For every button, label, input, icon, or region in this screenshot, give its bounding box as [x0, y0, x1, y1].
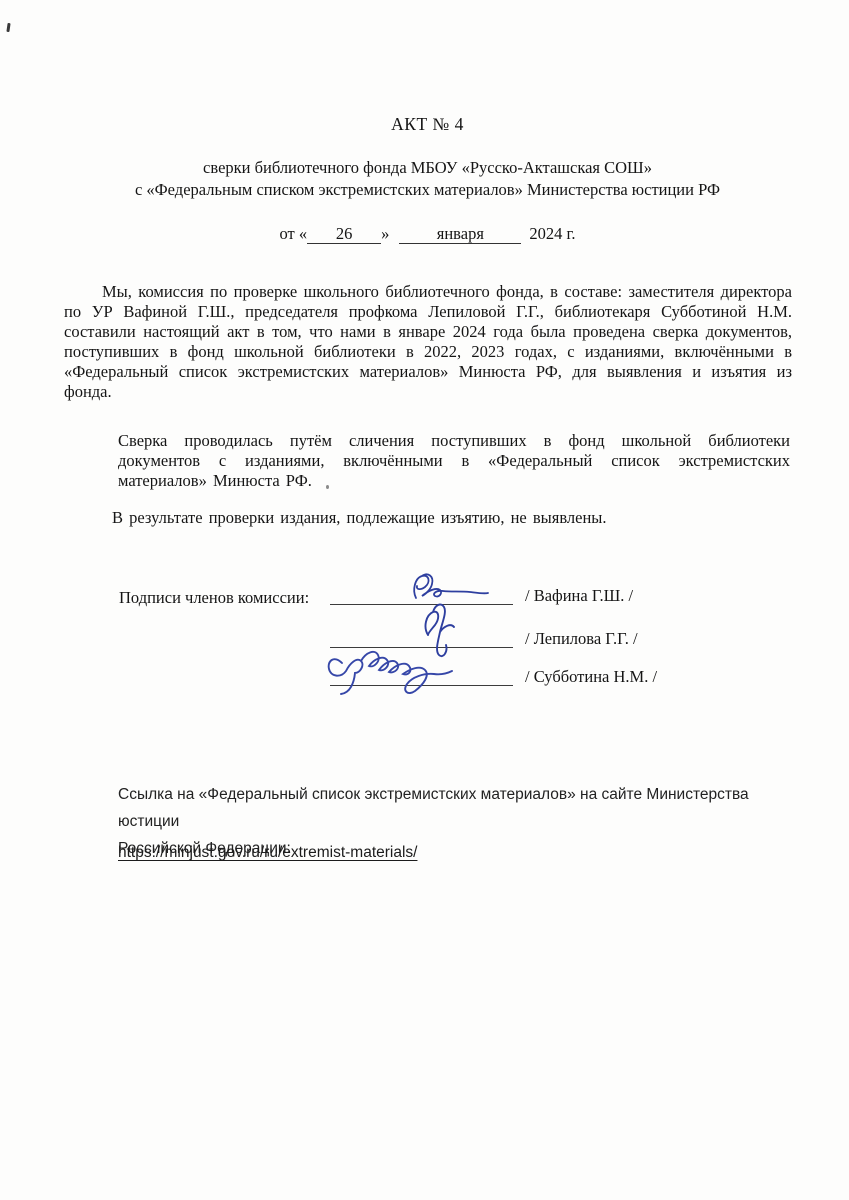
handwritten-signature-vafina-icon: [408, 570, 498, 606]
signature-row-subbotina: / Субботина Н.М. /: [330, 667, 657, 686]
date-month-blank: января: [399, 224, 521, 244]
body-paragraph-commission: Мы, комиссия по проверке школьного библи…: [64, 282, 792, 401]
date-year: 2024 г.: [529, 224, 575, 243]
scanned-document-page: АКТ № 4 сверки библиотечного фонда МБОУ …: [0, 0, 849, 1200]
document-date-line: от «26»января2024 г.: [64, 224, 791, 244]
body-paragraph-result: В результате проверки издания, подлежащи…: [112, 508, 792, 528]
date-day-blank: 26: [307, 224, 381, 244]
scan-artifact-speck: [6, 23, 10, 32]
signature-row-lepilova: / Лепилова Г.Г. /: [330, 629, 638, 648]
date-close-quote: »: [381, 224, 389, 243]
date-prefix: от «: [279, 224, 307, 243]
handwritten-signature-subbotina-icon: [324, 643, 484, 711]
signatory-name: / Субботина Н.М. /: [525, 668, 657, 686]
signature-line: [330, 629, 513, 648]
signature-row-vafina: / Вафина Г.Ш. /: [330, 586, 633, 605]
signatory-name: / Лепилова Г.Г. /: [525, 630, 638, 648]
document-title: АКТ № 4: [64, 114, 791, 135]
signature-line: [330, 667, 513, 686]
body-paragraph-method: Сверка проводилась путём сличения поступ…: [118, 431, 790, 491]
footer-reference-line1: Ссылка на «Федеральный список экстремист…: [118, 786, 749, 830]
document-subtitle-line1: сверки библиотечного фонда МБОУ «Русско-…: [64, 158, 791, 178]
signature-line: [330, 586, 513, 605]
document-subtitle-line2: с «Федеральным списком экстремистских ма…: [64, 180, 791, 200]
extremist-materials-link[interactable]: https://minjust.gov.ru/ru/extremist-mate…: [118, 844, 417, 862]
signatures-label: Подписи членов комиссии:: [119, 588, 309, 608]
signatory-name: / Вафина Г.Ш. /: [525, 587, 633, 605]
scan-artifact-dot: [326, 485, 329, 489]
handwritten-signature-lepilova-icon: [418, 601, 462, 663]
